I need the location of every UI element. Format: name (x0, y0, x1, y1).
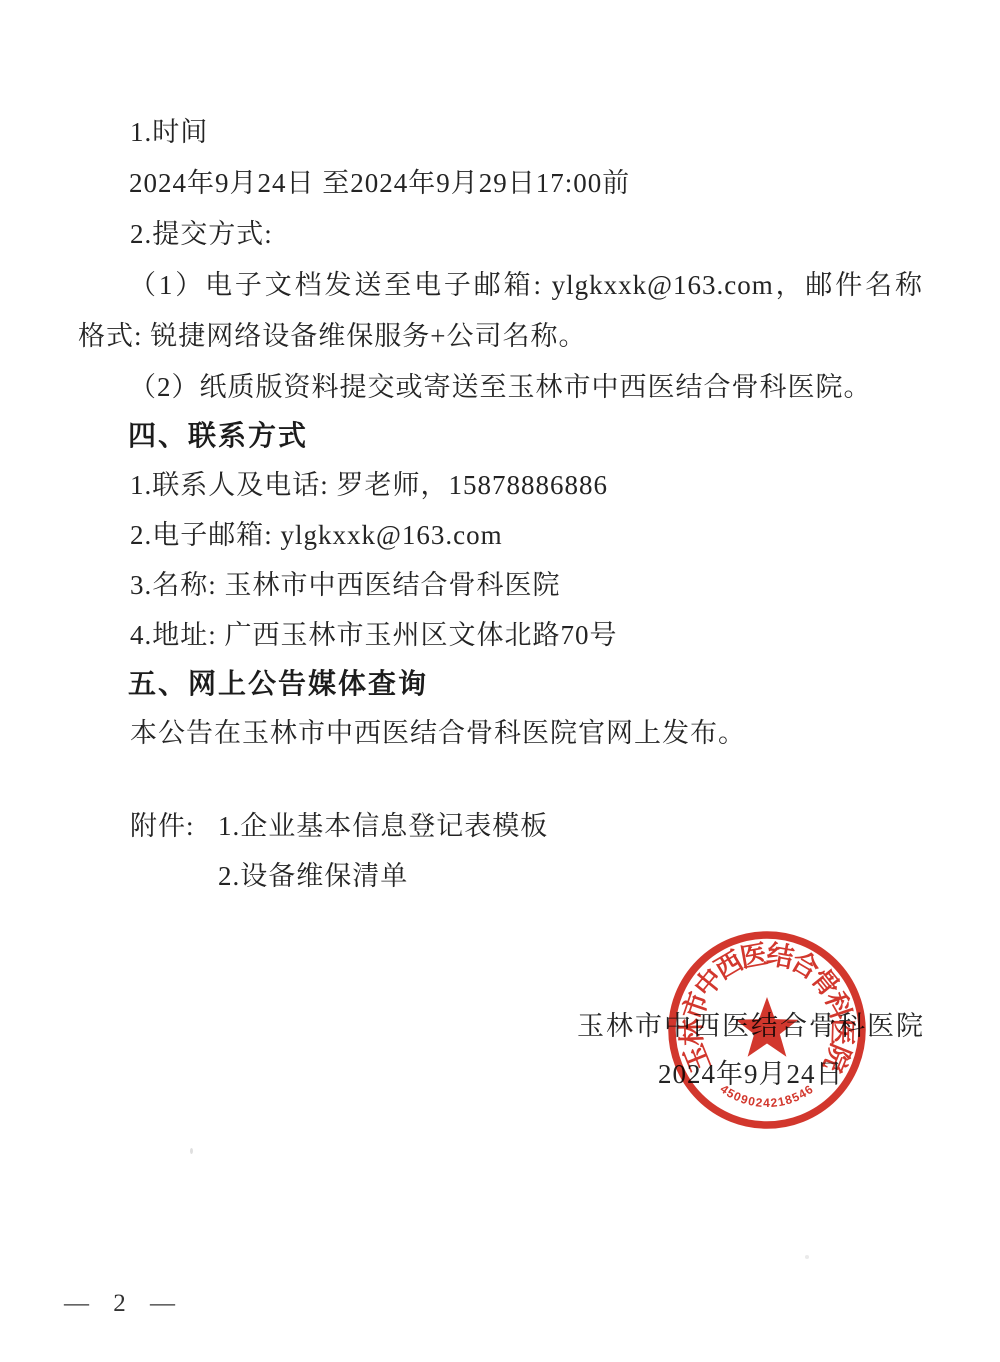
body-line-submit-paper: （2）纸质版资料提交或寄送至玉林市中西医结合骨科医院。 (129, 371, 872, 403)
body-line-publish-note: 本公告在玉林市中西医结合骨科医院官网上发布。 (130, 717, 746, 749)
body-line-time-heading: 1.时间 (130, 116, 208, 148)
body-line-submit-heading: 2.提交方式: (130, 218, 273, 250)
page-number: — 2 — (64, 1290, 180, 1318)
body-line-submit-email-cont: 格式: 锐捷网络设备维保服务+公司名称。 (78, 320, 586, 352)
official-seal: 玉林市中西医结合骨科医院 4509024218546 (659, 922, 875, 1138)
scan-speck (805, 1255, 809, 1259)
seal-serial-number: 4509024218546 (718, 1082, 817, 1110)
body-line-submit-email: （1）电子文档发送至电子邮箱: ylgkxxk@163.com，邮件名称 (129, 269, 923, 301)
star-icon (736, 997, 799, 1057)
attachment-item: 1.企业基本信息登记表模板 (218, 810, 548, 842)
body-line-time-value: 2024年9月24日 至2024年9月29日17:00前 (129, 167, 630, 199)
scan-speck (190, 1148, 193, 1154)
section-heading-contact: 四、联系方式 (128, 419, 308, 453)
document-page: 1.时间 2024年9月24日 至2024年9月29日17:00前 2.提交方式… (0, 0, 1000, 1362)
body-line-org-name: 3.名称: 玉林市中西医结合骨科医院 (130, 569, 561, 601)
attachment-item: 2.设备维保清单 (218, 860, 408, 892)
body-line-org-address: 4.地址: 广西玉林市玉州区文体北路70号 (130, 619, 618, 651)
body-line-contact-person: 1.联系人及电话: 罗老师，15878886886 (130, 469, 608, 501)
attachments-label: 附件: (130, 810, 195, 842)
section-heading-media: 五、网上公告媒体查询 (128, 667, 428, 701)
body-line-contact-email: 2.电子邮箱: ylgkxxk@163.com (130, 519, 503, 551)
